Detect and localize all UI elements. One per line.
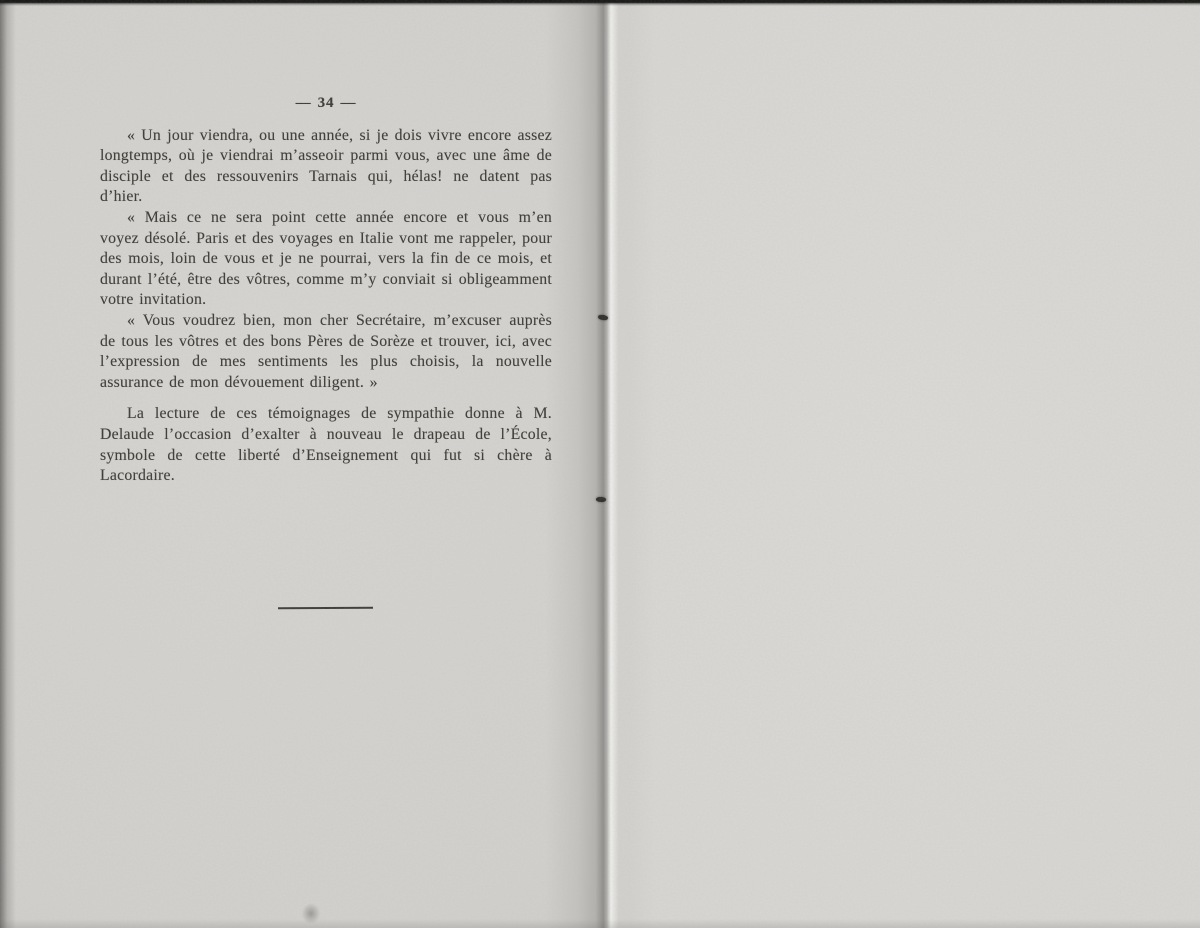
paragraph: « Vous voudrez bien, mon cher Secrétaire…: [100, 311, 552, 393]
binding-stitch: [596, 496, 606, 502]
paragraph: La lecture de ces témoignages de sympath…: [100, 404, 552, 486]
paragraph: « Mais ce ne sera point cette année enco…: [100, 208, 552, 311]
right-page: A SORÈZE FÊTE DU CENTENAIRE DE L’ENSEIGN…: [608, 0, 1200, 928]
page-number: — 34 —: [100, 93, 552, 114]
paragraph: « Un jour viendra, ou une année, si je d…: [100, 126, 552, 208]
section-divider-rule: [278, 607, 373, 610]
book-scan: — 34 — « Un jour viendra, ou une année, …: [0, 0, 1200, 928]
left-page: — 34 — « Un jour viendra, ou une année, …: [0, 0, 608, 928]
ink-smudge: [299, 900, 323, 927]
left-page-text-block: — 34 — « Un jour viendra, ou une année, …: [100, 93, 552, 487]
